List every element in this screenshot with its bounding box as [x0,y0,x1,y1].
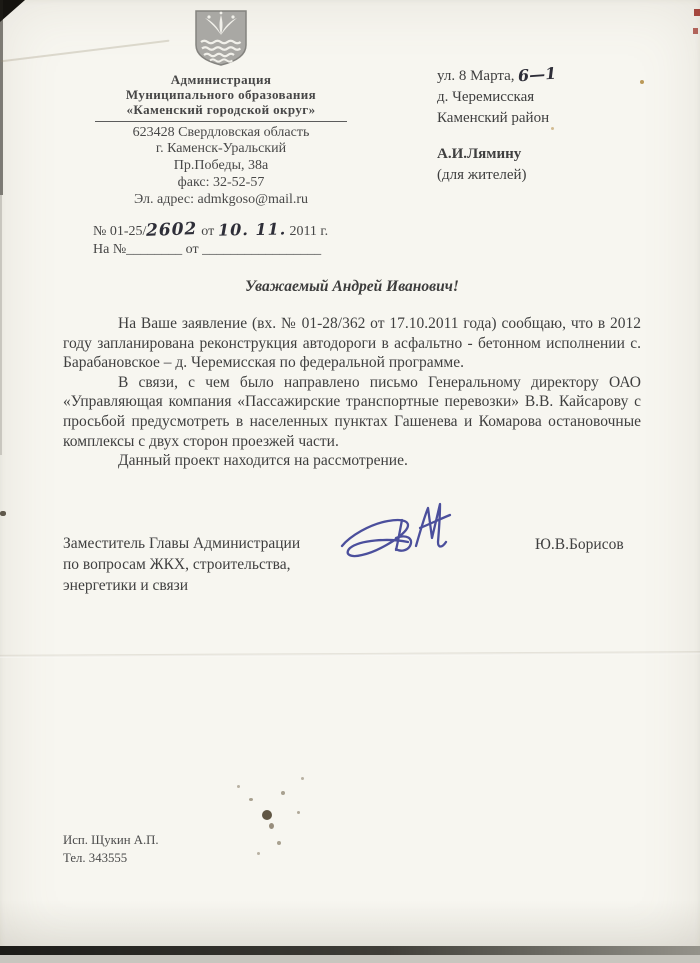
recipient-village: д. Черемисская [437,87,677,108]
scan-edge-mark [694,9,700,16]
letterhead: Администрация Муниципального образования… [60,9,382,259]
body-paragraph: На Ваше заявление (вх. № 01-28/362 от 17… [63,314,641,373]
org-name-line: Администрация [60,73,382,88]
scanned-letter-page: Администрация Муниципального образования… [0,0,700,963]
scan-bottom-edge [0,946,700,955]
signer-position-line: по вопросам ЖКХ, строительства, [63,554,363,575]
executor-name: Исп. Щукин А.П. [63,831,159,849]
ink-stain [262,810,272,820]
ref-year: 2011 г. [289,224,328,239]
ink-stain [297,811,300,814]
handwritten-ref-date: 10. 11. [218,221,287,240]
ink-stain [269,823,274,829]
letterhead-divider [95,121,347,122]
signer-position-line: Заместитель Главы Администрации [63,533,363,554]
scan-bottom-shade [0,900,700,946]
scan-edge-speck [0,511,6,516]
ink-stain [257,852,260,855]
ref-ot: от [201,224,214,239]
outgoing-reference-line: № 01-25/2602 от 10. 11. 2011 г. [93,221,382,241]
recipient-block: ул. 8 Марта, 6—1 д. Черемисская Каменски… [437,64,677,186]
reference-block: № 01-25/2602 от 10. 11. 2011 г. На №____… [60,221,382,259]
paper-fold-crease [0,651,700,658]
signer-position-line: энергетики и связи [63,575,363,596]
org-address-line: г. Каменск-Уральский [60,141,382,158]
org-name-line: Муниципального образования [60,88,382,103]
recipient-street: ул. 8 Марта, [437,68,515,84]
recipient-note: (для жителей) [437,165,677,186]
executor-phone: Тел. 343555 [63,849,159,867]
ink-stain [301,777,304,780]
scan-edge-mark [693,28,698,34]
recipient-district: Каменский район [437,108,677,129]
handwritten-signature [336,498,462,570]
ink-stain [237,785,240,788]
org-address-line: 623428 Свердловская область [60,125,382,142]
body-paragraph: Данный проект находится на рассмотрение. [63,451,641,471]
ref-prefix: № 01-25/ [93,224,146,239]
scan-edge-strip [0,0,3,195]
handwritten-ref-number: 2602 [146,220,198,240]
letter-body: На Ваше заявление (вх. № 01-28/362 от 17… [63,314,641,471]
handwritten-house-number: 6—1 [518,63,558,87]
ink-stain [281,791,285,795]
recipient-street-line: ул. 8 Марта, 6—1 [437,64,677,87]
org-address-line: факс: 32-52-57 [60,175,382,192]
recipient-name: А.И.Лямину [437,144,677,165]
org-name-line: «Каменский городской округ» [60,103,382,118]
ink-stain [277,841,281,845]
signer-name: Ю.В.Борисов [535,536,624,554]
scan-corner-shadow [0,0,25,22]
ink-stain [249,798,253,801]
org-address-line: Эл. адрес: admkgoso@mail.ru [60,192,382,209]
coat-of-arms-icon [193,9,249,67]
executor-block: Исп. Щукин А.П. Тел. 343555 [63,831,159,867]
signer-position-block: Заместитель Главы Администрации по вопро… [63,533,363,596]
org-address-line: Пр.Победы, 38а [60,158,382,175]
scan-bottom-margin [0,955,700,963]
incoming-reference-line: На №________ от _________________ [93,241,382,259]
scan-edge-strip [0,195,2,455]
body-paragraph: В связи, с чем было направлено письмо Ге… [63,373,641,451]
salutation: Уважаемый Андрей Иванович! [63,278,641,296]
